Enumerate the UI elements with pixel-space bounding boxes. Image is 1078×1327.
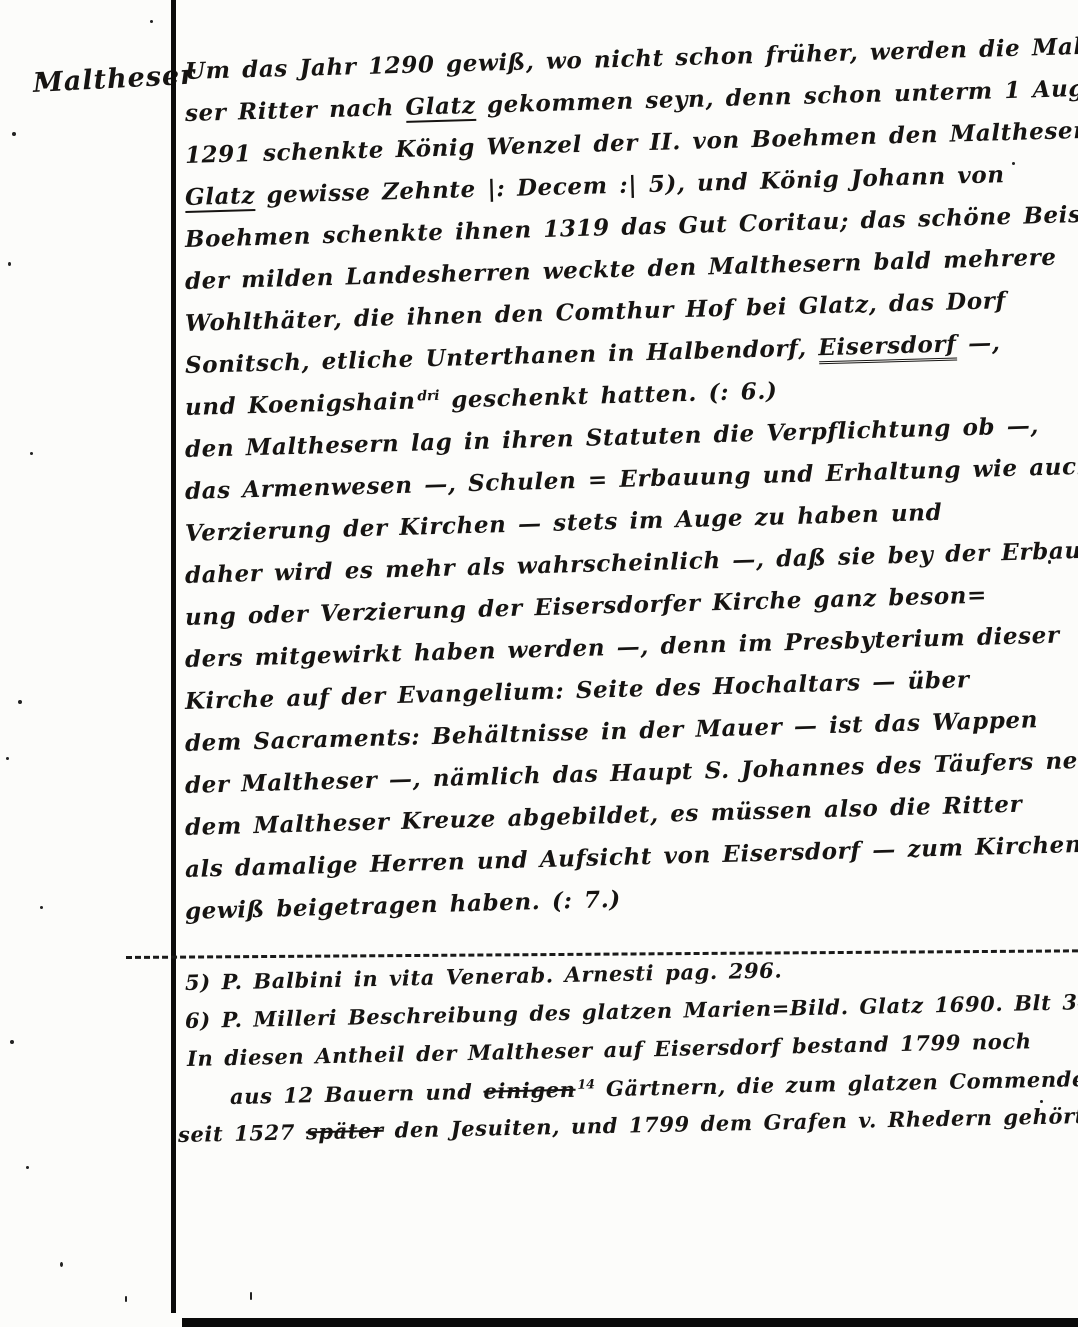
scan-speck xyxy=(60,1262,63,1267)
text-segment: Kirche auf der Evangelium: Seite des Hoc… xyxy=(185,666,970,715)
scan-speck xyxy=(26,1166,29,1169)
text-segment: 1291 schenkte König Wenzel der II. von B… xyxy=(185,115,1078,169)
manuscript-line: der milden Landesherren weckte den Malth… xyxy=(185,244,1057,295)
manuscript-line: ser Ritter nach Glatz gekommen seyn, den… xyxy=(185,74,1078,127)
manuscript-line: Glatz gewisse Zehnte |: Decem :| 5), und… xyxy=(185,161,1005,211)
text-segment: daher wird es mehr als wahrscheinlich —,… xyxy=(185,536,1078,589)
text-segment: der Maltheser —, nämlich das Haupt S. Jo… xyxy=(185,746,1078,799)
text-segment: gewiß beigetragen haben. (: 7.) xyxy=(185,886,622,925)
underlined-word: Eisersdorf xyxy=(818,330,957,364)
manuscript-line: der Maltheser —, nämlich das Haupt S. Jo… xyxy=(185,746,1078,799)
scan-speck xyxy=(40,906,43,909)
manuscript-line: dem Sacraments: Behältnisse in der Mauer… xyxy=(185,706,1039,757)
text-segment: Gärtnern, die zum glatzen Commende, xyxy=(595,1066,1078,1101)
text-segment: Um das Jahr 1290 gewiß, wo nicht schon f… xyxy=(185,31,1078,85)
manuscript-line: Boehmen schenkte ihnen 1319 das Gut Cori… xyxy=(185,200,1078,253)
text-segment: den Malthesern lag in ihren Statuten die… xyxy=(185,412,1040,463)
text-segment: aus 12 Bauern und xyxy=(230,1079,484,1109)
text-segment: ders mitgewirkt haben werden —, denn im … xyxy=(185,622,1060,673)
struck-word: später xyxy=(306,1118,384,1145)
manuscript-line: 1291 schenkte König Wenzel der II. von B… xyxy=(185,115,1078,169)
footnote-separator xyxy=(126,949,1078,959)
text-segment: ser Ritter nach xyxy=(185,94,406,127)
text-segment: und Koenigshain xyxy=(185,388,416,421)
scan-speck xyxy=(12,132,16,136)
scan-speck xyxy=(8,262,11,266)
text-segment: Wohlthäter, die ihnen den Comthur Hof be… xyxy=(185,287,1007,337)
scan-speck xyxy=(1040,1100,1043,1103)
footnote-line: seit 1527 später den Jesuiten, und 1799 … xyxy=(178,1103,1078,1147)
manuscript-line: das Armenwesen —, Schulen = Erbauung und… xyxy=(185,453,1078,505)
text-segment: als damalige Herren und Aufsicht von Eis… xyxy=(185,830,1078,883)
manuscript-line: Wohlthäter, die ihnen den Comthur Hof be… xyxy=(185,287,1007,337)
text-segment: geschenkt hatten. (: 6.) xyxy=(439,377,777,413)
scan-speck xyxy=(150,20,153,23)
scan-edge-bar xyxy=(182,1318,1078,1327)
footnote-line: 6) P. Milleri Beschreibung des glatzen M… xyxy=(185,989,1078,1033)
text-segment: den Jesuiten, und 1799 dem Grafen v. Rhe… xyxy=(383,1103,1078,1143)
superscript-note: 14 xyxy=(577,1077,595,1092)
scan-speck xyxy=(10,1040,14,1044)
footnote-line: aus 12 Bauern und einigen14 Gärtnern, di… xyxy=(230,1066,1078,1109)
text-segment: In diesen Antheil der Maltheser auf Eise… xyxy=(187,1028,1032,1071)
manuscript-line: Um das Jahr 1290 gewiß, wo nicht schon f… xyxy=(185,31,1078,85)
manuscript-line: ung oder Verzierung der Eisersdorfer Kir… xyxy=(185,582,988,631)
footnote-line: In diesen Antheil der Maltheser auf Eise… xyxy=(187,1028,1032,1071)
manuscript-line: Verzierung der Kirchen — stets im Auge z… xyxy=(185,499,943,547)
manuscript-line: und Koenigshaindri geschenkt hatten. (: … xyxy=(185,377,778,421)
text-segment: dem Maltheser Kreuze abgebildet, es müss… xyxy=(185,791,1023,841)
text-segment: Verzierung der Kirchen — stets im Auge z… xyxy=(185,499,943,547)
text-segment: Sonitsch, etliche Unterthanen in Halbend… xyxy=(185,334,819,379)
manuscript-line: Sonitsch, etliche Unterthanen in Halbend… xyxy=(185,329,1001,379)
manuscript-line: ders mitgewirkt haben werden —, denn im … xyxy=(185,622,1060,673)
text-segment: ung oder Verzierung der Eisersdorfer Kir… xyxy=(185,582,988,631)
text-segment: dem Sacraments: Behältnisse in der Mauer… xyxy=(185,706,1039,757)
scan-speck xyxy=(1012,162,1015,165)
text-segment: Boehmen schenkte ihnen 1319 das Gut Cori… xyxy=(185,200,1078,253)
manuscript-line: dem Maltheser Kreuze abgebildet, es müss… xyxy=(185,791,1023,841)
scan-speck xyxy=(6,757,9,760)
text-segment: 5) P. Balbini in vita Venerab. Arnesti p… xyxy=(185,957,783,995)
manuscript-line: daher wird es mehr als wahrscheinlich —,… xyxy=(185,536,1078,589)
scan-speck xyxy=(250,1292,252,1300)
manuscript-page: Maltheser Um das Jahr 1290 gewiß, wo nic… xyxy=(0,0,1078,1327)
margin-rule xyxy=(171,0,176,1313)
manuscript-line: gewiß beigetragen haben. (: 7.) xyxy=(185,886,622,925)
text-segment: gekommen seyn, denn schon unterm 1 Augus… xyxy=(475,74,1078,119)
scan-speck xyxy=(18,700,22,704)
manuscript-line: Kirche auf der Evangelium: Seite des Hoc… xyxy=(185,666,970,715)
text-segment: der milden Landesherren weckte den Malth… xyxy=(185,244,1057,295)
superscript-note: dri xyxy=(417,388,440,405)
footnote-line: 5) P. Balbini in vita Venerab. Arnesti p… xyxy=(185,957,783,995)
text-segment: —, xyxy=(956,329,1001,357)
text-segment: 6) P. Milleri Beschreibung des glatzen M… xyxy=(185,989,1078,1033)
scan-speck xyxy=(30,452,33,455)
manuscript-line: als damalige Herren und Aufsicht von Eis… xyxy=(185,830,1078,883)
underlined-word: Glatz xyxy=(405,92,476,123)
underlined-word: Glatz xyxy=(185,182,256,213)
scan-speck xyxy=(125,1296,127,1302)
text-segment: gewisse Zehnte |: Decem :| 5), und König… xyxy=(255,161,1005,209)
text-segment: das Armenwesen —, Schulen = Erbauung und… xyxy=(185,453,1078,505)
manuscript-line: den Malthesern lag in ihren Statuten die… xyxy=(185,412,1040,463)
struck-word: einigen xyxy=(483,1077,576,1104)
text-segment: seit 1527 xyxy=(178,1119,306,1147)
